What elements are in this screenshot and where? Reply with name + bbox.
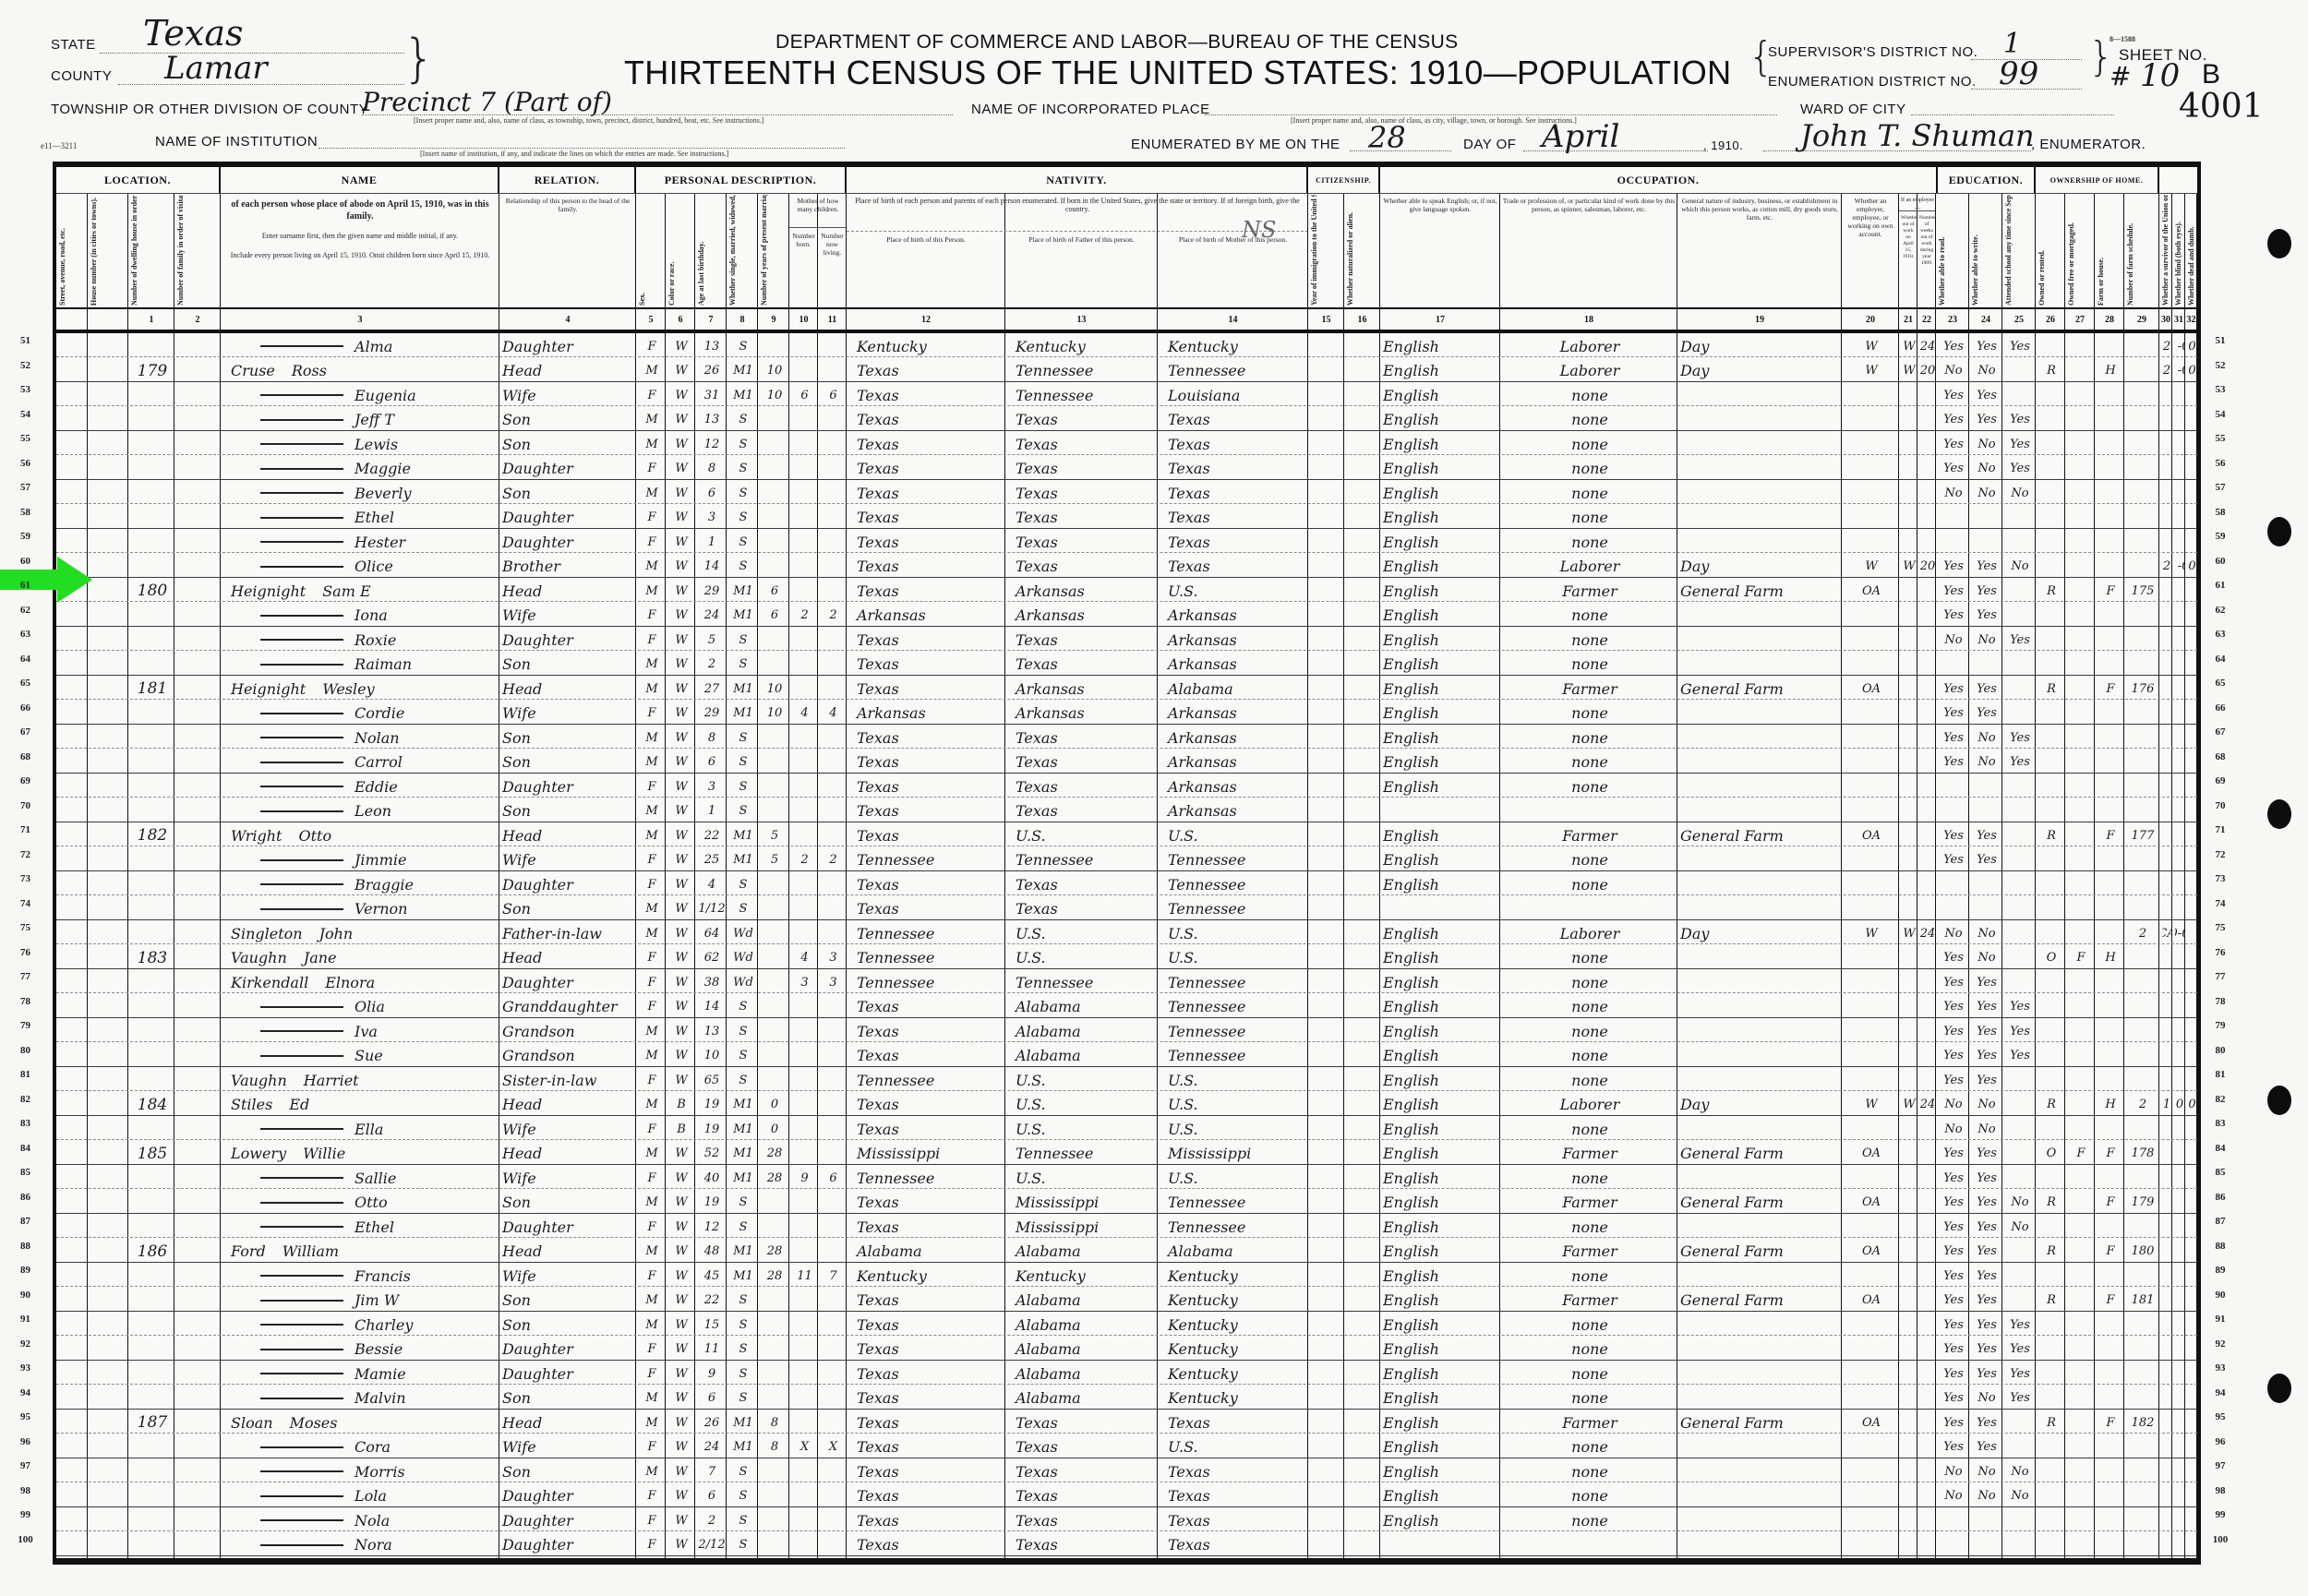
cell-sex: M (639, 1094, 665, 1116)
cell-born: 9 (792, 1167, 817, 1189)
line-number: 79 (2206, 1020, 2234, 1031)
cell-trade: none (1503, 702, 1677, 725)
cell-trade: none (1503, 433, 1677, 455)
cell-family (177, 1387, 220, 1410)
cell-bf: U.S. (1008, 1094, 1157, 1116)
cell-trade: none (1503, 629, 1677, 651)
cell-age: 14 (698, 996, 726, 1018)
cell-bm: Arkansas (1160, 605, 1307, 627)
cell-given-name: Jim W (355, 1291, 399, 1309)
column-header-owned: Owned or rented. (2036, 195, 2065, 307)
cell-c31 (2175, 1338, 2184, 1361)
cell-lang (1383, 800, 1499, 822)
ward-line (1911, 114, 2114, 115)
ditto-dash (260, 762, 343, 763)
cell-oow (1902, 1485, 1917, 1507)
cell-write: Yes (1972, 824, 2001, 846)
cell-own (2038, 1387, 2064, 1410)
cell-lang: English (1383, 702, 1499, 725)
cell-family (177, 1314, 220, 1336)
cell-living (821, 1485, 846, 1507)
cell-read: Yes (1939, 1362, 1968, 1385)
cell-free (2068, 996, 2094, 1018)
line-number-left: 76 (0, 947, 51, 958)
line-number-left: 80 (0, 1045, 51, 1056)
cell-ym (761, 1290, 788, 1312)
cell-c32: 0 (2188, 335, 2196, 357)
line-number: 84 (2206, 1143, 2234, 1154)
cell-given-name: Lola (355, 1487, 387, 1505)
cell-dwelling (131, 384, 174, 406)
cell-marital: M1 (729, 1143, 757, 1165)
cell-own (2038, 1216, 2064, 1238)
line-number: 91 (2206, 1314, 2234, 1325)
ditto-dash (260, 1226, 343, 1228)
line-number-left: 82 (0, 1094, 51, 1105)
cell-read: No (1939, 1485, 1968, 1507)
table-row: Jim WSonMW22STexasAlabamaKentuckyEnglish… (56, 1288, 2197, 1312)
cell-relation: Wife (502, 1167, 635, 1189)
cell-weeks (1920, 580, 1935, 602)
table-row: BeverlySonMW6STexasTexasTexasEnglishnone… (56, 480, 2197, 504)
cell-bf: Kentucky (1008, 1265, 1157, 1287)
cell-weeks (1920, 1290, 1935, 1312)
cell-bf: Alabama (1008, 1290, 1157, 1312)
cell-sex: M (639, 1411, 665, 1434)
cell-living (821, 1290, 846, 1312)
cell-write (1972, 873, 2001, 895)
cell-lang: English (1383, 873, 1499, 895)
line-number: 59 (2206, 531, 2234, 542)
cell-own: R (2038, 678, 2064, 700)
cell-bf: U.S. (1008, 922, 1157, 944)
cell-industry (1680, 1216, 1841, 1238)
cell-given-name: Jane (304, 949, 337, 966)
cell-free (2068, 335, 2094, 357)
table-row: MamieDaughterFW9STexasAlabamaKentuckyEng… (56, 1361, 2197, 1385)
cell-industry (1680, 1069, 1841, 1091)
cell-given-name: Nola (355, 1512, 390, 1530)
cell-farm (2098, 1314, 2123, 1336)
cell-born (792, 1485, 817, 1507)
cell-sched (2127, 1534, 2158, 1556)
table-row: RoxieDaughterFW5STexasTexasArkansasEngli… (56, 627, 2197, 651)
cell-ym: 10 (761, 384, 788, 406)
cell-family (177, 384, 220, 406)
column-header-years-married: Number of years of present marriage. (758, 195, 789, 307)
line-number: 80 (2206, 1045, 2234, 1056)
cell-weeks: 24 (1920, 335, 1935, 357)
cell-given: SingletonJohn (223, 922, 499, 944)
cell-family (177, 605, 220, 627)
cell-bp: Texas (849, 996, 1004, 1018)
cell-given-name: Bessie (355, 1340, 403, 1358)
cell-c32 (2188, 384, 2196, 406)
cell-emp: W (1845, 335, 1898, 357)
cell-bp: Texas (849, 873, 1004, 895)
cell-relation: Head (502, 824, 635, 846)
cell-read: Yes (1939, 849, 1968, 871)
cell-industry (1680, 1436, 1841, 1458)
cell-bf: U.S. (1008, 1118, 1157, 1140)
cell-oow (1902, 947, 1917, 969)
cell-bf: Arkansas (1008, 678, 1157, 700)
column-header-relation: Relationship of this person to the head … (499, 195, 636, 307)
cell-given: Ella (223, 1118, 499, 1140)
cell-sex: M (639, 1387, 665, 1410)
cell-born (792, 1094, 817, 1116)
cell-ym (761, 433, 788, 455)
cell-c31 (2175, 1387, 2184, 1410)
cell-given-name: William (282, 1242, 339, 1260)
cell-living: 4 (821, 702, 846, 725)
cell-living: 3 (821, 947, 846, 969)
cell-given-name: Ella (355, 1121, 383, 1138)
cell-given: Nora (223, 1534, 499, 1556)
cell-lang: English (1383, 1167, 1499, 1189)
cell-sex: F (639, 1265, 665, 1287)
cell-ym (761, 629, 788, 651)
cell-sex: F (639, 702, 665, 725)
cell-sched (2127, 433, 2158, 455)
cell-c32 (2188, 1241, 2196, 1263)
cell-given-name: Leon (355, 802, 391, 820)
name-header-line: of each person whose place of abode on A… (222, 198, 498, 222)
cell-c30 (2162, 384, 2171, 406)
cell-color: W (668, 849, 694, 871)
line-number-left: 75 (0, 922, 51, 933)
cell-family (177, 996, 220, 1018)
cell-own: R (2038, 824, 2064, 846)
cell-color: W (668, 1362, 694, 1385)
cell-sched: 179 (2127, 1192, 2158, 1214)
cell-family (177, 922, 220, 944)
cell-living (821, 531, 846, 553)
cell-ym (761, 654, 788, 676)
cell-weeks (1920, 1265, 1935, 1287)
cell-dwelling: 182 (131, 824, 174, 846)
cell-given-name: Raiman (355, 655, 412, 673)
cell-lang: English (1383, 507, 1499, 529)
cell-write: No (1972, 751, 2001, 774)
cell-lang: English (1383, 458, 1499, 480)
cell-living: 2 (821, 605, 846, 627)
cell-living (821, 458, 846, 480)
cell-free (2068, 849, 2094, 871)
cell-free (2068, 1485, 2094, 1507)
cell-c30 (2162, 898, 2171, 920)
cell-given-name: Sam E (322, 582, 370, 600)
cell-age: 45 (698, 1265, 726, 1287)
ditto-dash (260, 541, 343, 543)
cell-born (792, 1411, 817, 1434)
cell-school (2005, 360, 2035, 382)
cell-age: 8 (698, 726, 726, 749)
cell-family (177, 1411, 220, 1434)
cell-bm: Arkansas (1160, 800, 1307, 822)
cell-color: W (668, 605, 694, 627)
cell-c30 (2162, 1485, 2171, 1507)
cell-dwelling (131, 482, 174, 504)
cell-trade: none (1503, 458, 1677, 480)
cell-c30 (2162, 849, 2171, 871)
cell-living (821, 1241, 846, 1263)
cell-marital: Wd (729, 922, 757, 944)
line-number: 56 (2206, 458, 2234, 469)
cell-given-name: Jimmie (355, 851, 406, 869)
group-citizenship: CITIZENSHIP. (1308, 167, 1380, 193)
cell-emp (1845, 1265, 1898, 1287)
cell-marital: S (729, 996, 757, 1018)
cell-bp: Mississippi (849, 1143, 1004, 1165)
cell-ym: 8 (761, 1411, 788, 1434)
cell-bp: Arkansas (849, 605, 1004, 627)
cell-given: Otto (223, 1192, 499, 1214)
cell-free (2068, 922, 2094, 944)
cell-read: Yes (1939, 1216, 1968, 1238)
cell-ym (761, 775, 788, 798)
cell-read: Yes (1939, 409, 1968, 431)
cell-lang: English (1383, 1069, 1499, 1091)
cell-sex: M (639, 1020, 665, 1042)
cell-oow (1902, 1069, 1917, 1091)
cell-given: Iva (223, 1020, 499, 1042)
cell-given: Ethel (223, 1216, 499, 1238)
cell-farm: F (2098, 824, 2123, 846)
cell-color: W (668, 971, 694, 993)
cell-family (177, 1509, 220, 1531)
cell-c31 (2175, 1045, 2184, 1067)
cell-surname: Cruse (231, 362, 275, 379)
cell-sex: M (639, 1192, 665, 1214)
cell-weeks (1920, 531, 1935, 553)
cell-bf: Texas (1008, 1411, 1157, 1434)
table-row: MorrisSonMW7STexasTexasTexasEnglishnoneN… (56, 1458, 2197, 1482)
cell-surname: Singleton (231, 925, 303, 942)
cell-weeks (1920, 751, 1935, 774)
cell-emp (1845, 1436, 1898, 1458)
township-label: Township or other division of county (51, 102, 368, 117)
cell-marital: Wd (729, 971, 757, 993)
cell-given: Jimmie (223, 849, 499, 871)
line-number: 69 (2206, 775, 2234, 786)
table-row: IonaWifeFW24M1622ArkansasArkansasArkansa… (56, 603, 2197, 627)
table-row: FrancisWifeFW45M128117KentuckyKentuckyKe… (56, 1263, 2197, 1287)
cell-given: Lola (223, 1485, 499, 1507)
cell-marital: S (729, 726, 757, 749)
cell-trade: none (1503, 1020, 1677, 1042)
cell-emp: W (1845, 360, 1898, 382)
cell-trade: none (1503, 971, 1677, 993)
cell-oow (1902, 507, 1917, 529)
cell-born (792, 898, 817, 920)
cell-marital: S (729, 1020, 757, 1042)
cell-farm (2098, 751, 2123, 774)
cell-dwelling (131, 726, 174, 749)
ward-label: Ward of city (1800, 102, 1906, 117)
cell-lang: English (1383, 1192, 1499, 1214)
cell-given: HeignightSam E (223, 580, 499, 602)
cell-emp (1845, 898, 1898, 920)
cell-write: Yes (1972, 580, 2001, 602)
cell-own: R (2038, 1192, 2064, 1214)
cell-school: Yes (2005, 996, 2035, 1018)
cell-family (177, 751, 220, 774)
table-row: 179CruseRossHeadMW26M110TexasTennesseeTe… (56, 358, 2197, 382)
table-row: LewisSonMW12STexasTexasTexasEnglishnoneY… (56, 431, 2197, 455)
cell-emp (1845, 873, 1898, 895)
cell-trade (1503, 1534, 1677, 1556)
cell-lang: English (1383, 1143, 1499, 1165)
column-number: 11 (818, 309, 847, 330)
cell-read (1939, 1509, 1968, 1531)
cell-c31 (2175, 947, 2184, 969)
cell-bf: Alabama (1008, 1338, 1157, 1361)
incorporated-note: [Insert proper name and, also, name of c… (1291, 116, 1577, 125)
cell-trade: Farmer (1503, 1411, 1677, 1434)
cell-bm: Tennessee (1160, 971, 1307, 993)
cell-school: Yes (2005, 751, 2035, 774)
cell-relation: Daughter (502, 775, 635, 798)
cell-relation: Head (502, 1241, 635, 1263)
cell-bp: Alabama (849, 1241, 1004, 1263)
cell-bm: Kentucky (1160, 1338, 1307, 1361)
cell-free (2068, 556, 2094, 578)
cell-sched: 181 (2127, 1290, 2158, 1312)
cell-marital: S (729, 654, 757, 676)
cell-bf: Alabama (1008, 1387, 1157, 1410)
cell-given: Maggie (223, 458, 499, 480)
cell-bf: Texas (1008, 507, 1157, 529)
cell-sex: F (639, 458, 665, 480)
cell-relation: Son (502, 1460, 635, 1482)
cell-sex: F (639, 1534, 665, 1556)
ditto-dash (260, 859, 343, 861)
cell-emp (1845, 726, 1898, 749)
cell-given-name: Elnora (325, 974, 375, 991)
cell-oow (1902, 1436, 1917, 1458)
cell-color: W (668, 898, 694, 920)
cell-trade: none (1503, 1436, 1677, 1458)
cell-bf: Kentucky (1008, 335, 1157, 357)
cell-relation: Wife (502, 1436, 635, 1458)
cell-c32 (2188, 702, 2196, 725)
cell-own (2038, 1362, 2064, 1385)
institution-line (319, 148, 845, 149)
ditto-dash (260, 1006, 343, 1008)
line-number: 89 (2206, 1265, 2234, 1276)
line-number: 88 (2206, 1241, 2234, 1252)
cell-age: 3 (698, 507, 726, 529)
line-number: 83 (2206, 1118, 2234, 1129)
cell-living: 6 (821, 1167, 846, 1189)
cell-trade: Farmer (1503, 1143, 1677, 1165)
cell-school: Yes (2005, 1338, 2035, 1361)
cell-bm: Tennessee (1160, 873, 1307, 895)
cell-weeks (1920, 1534, 1935, 1556)
table-row: OttoSonMW19STexasMississippiTennesseeEng… (56, 1190, 2197, 1214)
line-number: 74 (2206, 898, 2234, 909)
cell-c32 (2188, 458, 2196, 480)
line-number-left: 62 (0, 605, 51, 616)
line-number-left: 97 (0, 1460, 51, 1471)
ditto-dash (260, 786, 343, 787)
cell-relation: Son (502, 726, 635, 749)
cell-c32 (2188, 726, 2196, 749)
cell-own (2038, 556, 2064, 578)
cell-dwelling: 185 (131, 1143, 174, 1165)
cell-write (1972, 800, 2001, 822)
cell-given: Jim W (223, 1290, 499, 1312)
cell-sched (2127, 556, 2158, 578)
cell-family (177, 629, 220, 651)
cell-c30 (2162, 580, 2171, 602)
cell-trade: none (1503, 1265, 1677, 1287)
cell-living: 3 (821, 971, 846, 993)
cell-given-name: Carrol (355, 753, 403, 771)
cell-lang: English (1383, 1216, 1499, 1238)
cell-farm: F (2098, 1192, 2123, 1214)
cell-weeks (1920, 1069, 1935, 1091)
cell-oow (1902, 873, 1917, 895)
cell-farm (2098, 531, 2123, 553)
cell-lang: English (1383, 1265, 1499, 1287)
cell-relation: Wife (502, 702, 635, 725)
cell-school (2005, 1118, 2035, 1140)
cell-write: Yes (1972, 1069, 2001, 1091)
cell-school (2005, 947, 2035, 969)
header-rule (56, 307, 2197, 309)
cell-bm: Kentucky (1160, 1362, 1307, 1385)
cell-oow (1902, 1020, 1917, 1042)
line-number-left: 52 (0, 360, 51, 371)
cell-given-name: Moses (290, 1414, 338, 1432)
cell-bf: Texas (1008, 556, 1157, 578)
cell-own (2038, 1509, 2064, 1531)
cell-weeks (1920, 384, 1935, 406)
cell-c31: 0-0 (2175, 922, 2184, 944)
cell-free (2068, 702, 2094, 725)
cell-c31 (2175, 1534, 2184, 1556)
cell-family (177, 580, 220, 602)
cell-marital: S (729, 1290, 757, 1312)
cell-relation: Daughter (502, 971, 635, 993)
cell-living (821, 335, 846, 357)
cell-write (1972, 507, 2001, 529)
cell-write: Yes (1972, 1265, 2001, 1287)
cell-born: 6 (792, 384, 817, 406)
cell-c30 (2162, 1460, 2171, 1482)
cell-age: 52 (698, 1143, 726, 1165)
cell-trade: none (1503, 849, 1677, 871)
cell-trade: none (1503, 409, 1677, 431)
cell-bf: Tennessee (1008, 849, 1157, 871)
department-title: DEPARTMENT OF COMMERCE AND LABOR—BUREAU … (775, 31, 1459, 54)
cell-marital: S (729, 1192, 757, 1214)
cell-c31 (2175, 1290, 2184, 1312)
line-number: 92 (2206, 1338, 2234, 1350)
cell-sex: M (639, 1314, 665, 1336)
cell-bf: U.S. (1008, 1167, 1157, 1189)
cell-age: 12 (698, 433, 726, 455)
cell-ym (761, 458, 788, 480)
cell-ym (761, 556, 788, 578)
cell-color: W (668, 996, 694, 1018)
cell-relation: Daughter (502, 507, 635, 529)
cell-bp: Texas (849, 654, 1004, 676)
cell-bp: Texas (849, 775, 1004, 798)
cell-color: W (668, 556, 694, 578)
